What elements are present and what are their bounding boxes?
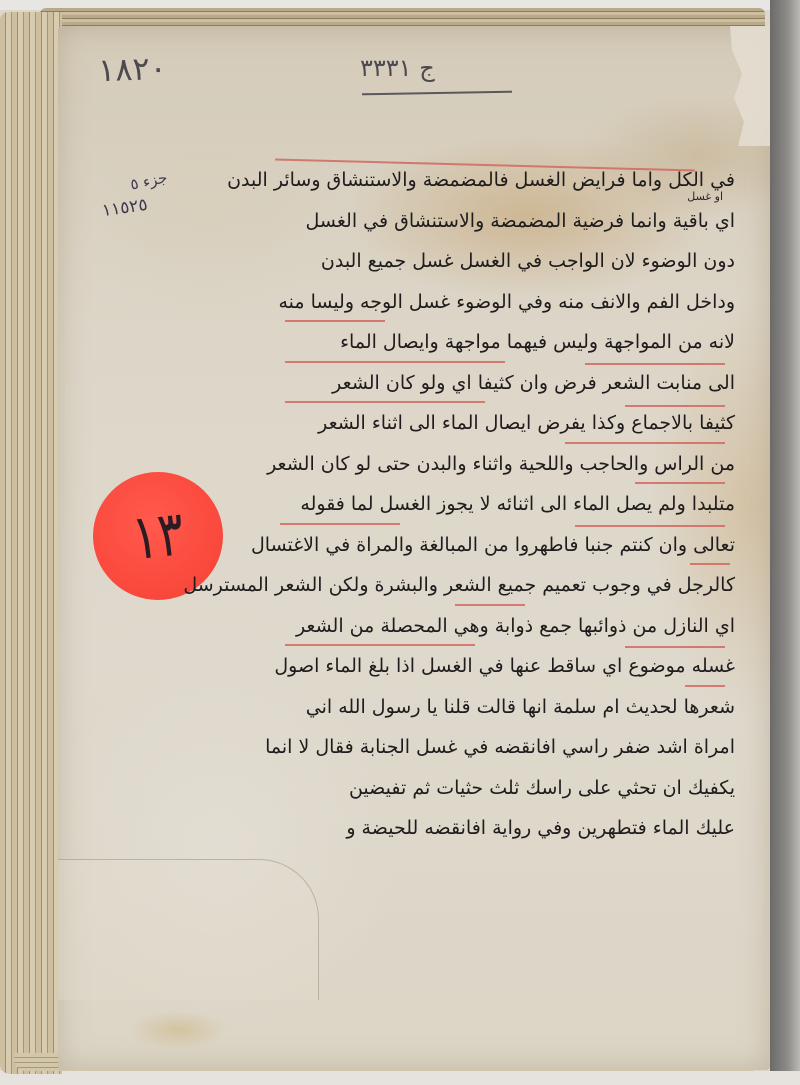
text-line-17: عليك الماء فتطهرين وفي رواية افانقضه للح… [275,808,735,849]
rubric-line [285,361,505,363]
rubric-line [565,442,725,444]
text-line-3: دون الوضوء لان الواجب في الغسل غسل جميع … [275,241,735,282]
text-line-8: من الراس والحاجب واللحية واثناء والبدن ح… [275,444,735,485]
text-line-2: اي باقية وانما فرضية المضمضة والاستنشاق … [275,201,735,242]
text-line-16: يكفيك ان تحثي على راسك ثلث حثيات ثم تفيض… [275,768,735,809]
text-line-12: اي النازل من ذوائبها جمع ذوابة وهي المحص… [275,606,735,647]
text-line-13: غسله موضوع اي ساقط عنها في الغسل اذا بلغ… [275,646,735,687]
text-line-7-content: كثيفا بالاجماع وكذا يفرض ايصال الماء الى… [318,412,735,434]
scan-background-bottom [0,1071,800,1085]
text-line-6-content: الى منابت الشعر فرض وان كثيفا اي ولو كان… [332,372,735,394]
text-line-9: متلبدا ولم يصل الماء الى اثنائه لا يجوز … [275,484,735,525]
rubric-line [585,363,725,365]
rubric-line [575,525,725,527]
torn-corner [730,26,770,146]
rubric-line [285,644,475,646]
rubric-line [280,523,400,525]
rubric-line [455,604,525,606]
rubric-line [690,563,730,565]
manuscript-scan: ١٨٢٠ ج ٣٣٣١ جزء ٥ ١١٥٢٥ ١٣ او غسل في الك… [0,0,800,1085]
sticker-number: ١٣ [129,497,188,575]
text-line-8-content: من الراس والحاجب واللحية واثناء والبدن ح… [267,453,735,475]
text-line-10-content: تعالى وان كنتم جنبا فاطهروا من المبالغة … [251,534,735,556]
text-line-14: شعرها لحديث ام سلمة انها قالت قلنا يا رس… [275,687,735,728]
paper-repair-patch [58,859,319,1000]
text-line-12-content: اي النازل من ذوائبها جمع ذوابة وهي المحص… [296,615,735,637]
rubric-line [625,405,725,407]
text-line-10: تعالى وان كنتم جنبا فاطهروا من المبالغة … [275,525,735,566]
text-line-1: في الكل واما فرايض الغسل فالمضمضة والاست… [275,160,735,201]
text-line-5: لانه من المواجهة وليس فيهما مواجهة وايصا… [275,322,735,363]
folio-number-annotation: ١٨٢٠ [97,49,167,89]
rubric-line [285,320,385,322]
text-line-15: امراة اشد ضفر راسي افانقضه في غسل الجناب… [275,727,735,768]
rubric-line [285,401,485,403]
manuscript-text-block: او غسل في الكل واما فرايض الغسل فالمضمضة… [275,160,735,849]
book-page-stack [0,12,62,1074]
text-line-11-content: كالرجل في وجوب تعميم جميع الشعر والبشرة … [183,574,735,596]
text-line-5-content: لانه من المواجهة وليس فيهما مواجهة وايصا… [340,331,735,353]
scan-background-right [770,0,800,1085]
text-line-6: الى منابت الشعر فرض وان كثيفا اي ولو كان… [275,363,735,404]
text-line-7: كثيفا بالاجماع وكذا يفرض ايصال الماء الى… [275,403,735,444]
water-stain [128,1010,228,1050]
text-line-11: كالرجل في وجوب تعميم جميع الشعر والبشرة … [275,565,735,606]
text-line-14-content: شعرها لحديث ام سلمة انها قالت قلنا يا رس… [306,696,735,718]
text-line-4: وداخل الفم والانف منه وفي الوضوء غسل الو… [275,282,735,323]
rubric-line [635,482,725,484]
text-line-13-content: غسله موضوع اي ساقط عنها في الغسل اذا بلغ… [274,655,735,677]
rubric-line [685,685,725,687]
text-line-9-content: متلبدا ولم يصل الماء الى اثنائه لا يجوز … [300,493,735,515]
shelfmark-annotation: ج ٣٣٣١ [360,54,435,82]
rubric-line [625,646,725,648]
